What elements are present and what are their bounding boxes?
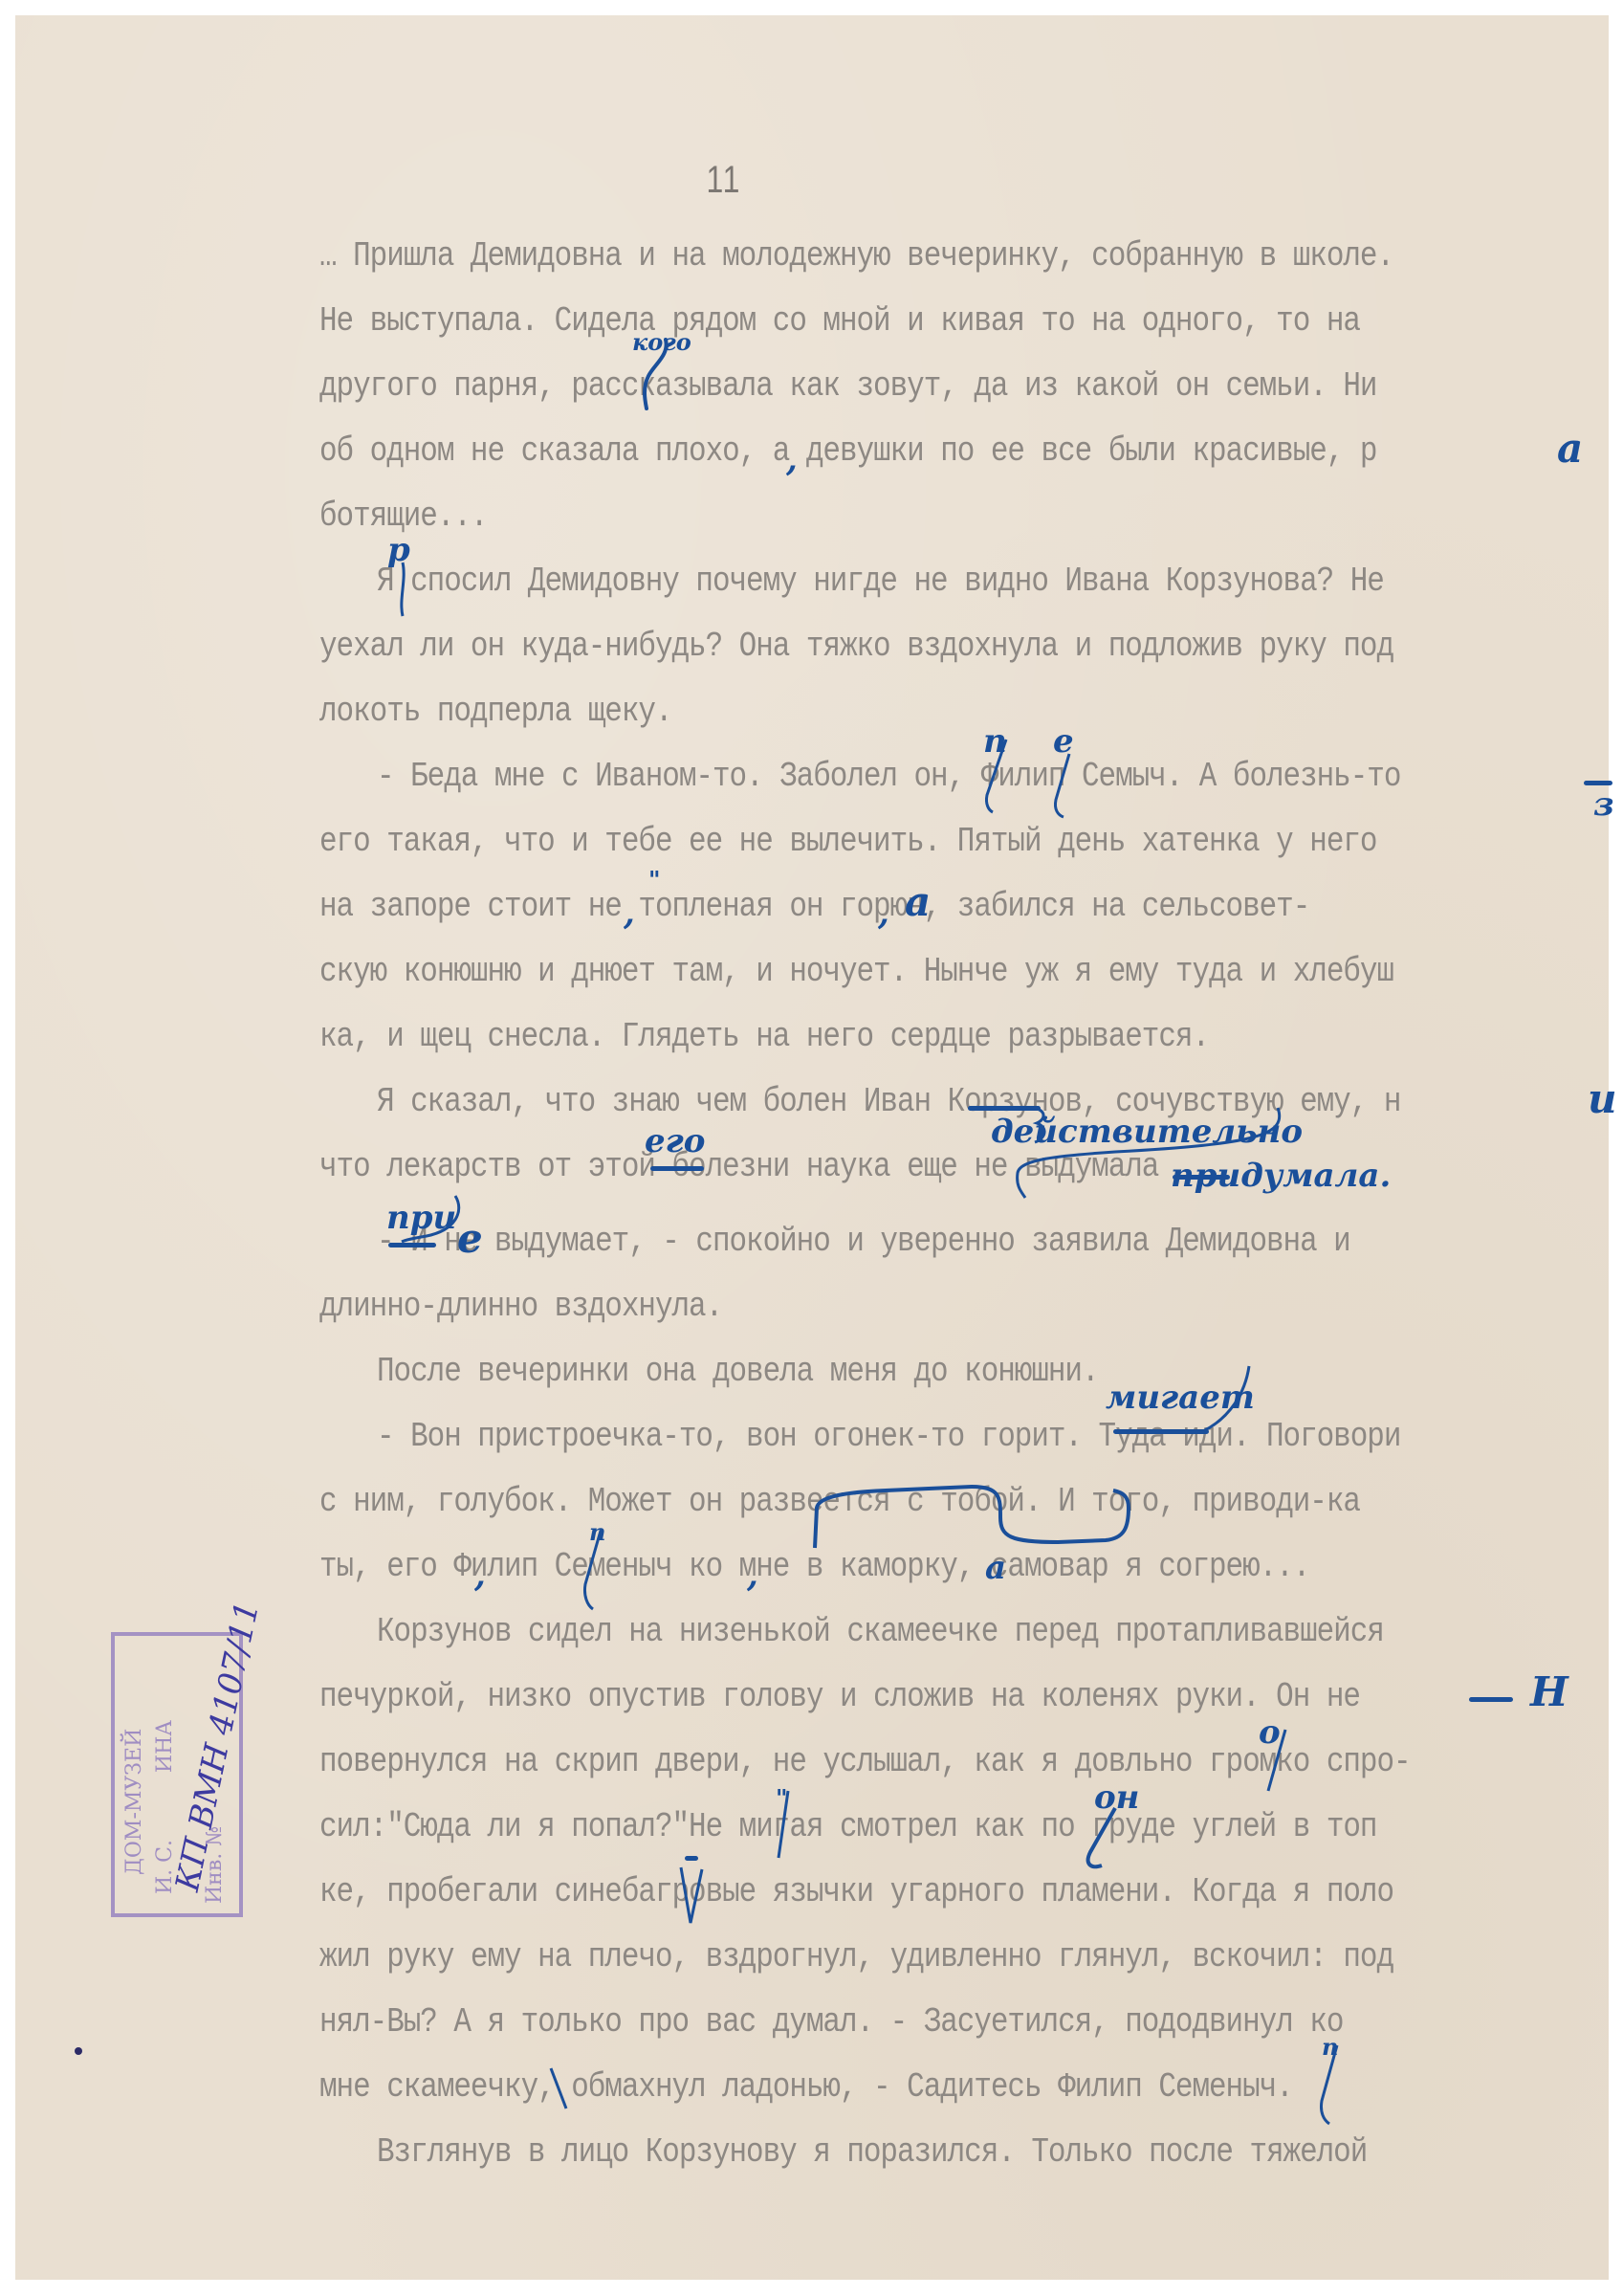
ink-insert-mark <box>1048 752 1077 819</box>
ink-letter-e: е <box>457 1219 483 1259</box>
ink-letter-n: Н <box>1530 1672 1568 1712</box>
typed-line: об одном не сказала плохо, а девушки по … <box>319 432 1376 471</box>
typed-line: печуркой, низко опустив голову и сложив … <box>319 1678 1360 1716</box>
ink-comma: , <box>474 1559 486 1592</box>
ink-insert-mark <box>1077 1804 1125 1881</box>
typed-line: Не выступала. Сидела рядом со мной и кив… <box>319 302 1360 341</box>
manuscript-page: 11 … Пришла Демидовна и на молодежную ве… <box>15 15 1609 2280</box>
ink-comma: , <box>624 897 635 930</box>
typed-line: локоть подперла щеку. <box>319 693 671 731</box>
typed-line: Взглянув в лицо Корзунову я поразился. Т… <box>377 2133 1367 2172</box>
ink-insert-mark <box>981 738 1010 814</box>
typed-line: ке, пробегали синебагровые язычки угарно… <box>319 1873 1393 1911</box>
ink-dot <box>75 2047 82 2055</box>
ink-strike <box>650 1166 704 1171</box>
ink-insert-mark <box>580 1527 608 1613</box>
typed-line: … Пришла Демидовна и на молодежную вечер… <box>319 237 1393 276</box>
ink-letter-a: а <box>985 1552 1006 1584</box>
typed-line: сил:"Сюда ли я попал?"Не мигая смотрел к… <box>319 1808 1376 1846</box>
typed-line: повернулся на скрип двери, не услышал, к… <box>319 1743 1411 1781</box>
ink-insert-mark <box>1262 1728 1291 1795</box>
ink-insert-mark <box>1201 1364 1259 1441</box>
ink-hyphen-mark <box>677 1862 706 1929</box>
ink-insert-mark <box>1316 2042 1345 2128</box>
typed-line: ботящие... <box>319 497 487 536</box>
ink-quote: " <box>648 869 661 892</box>
typed-line: жил руку ему на плечо, вздрогнул, удивле… <box>319 1938 1393 1976</box>
ink-insert-mark <box>635 336 673 412</box>
typed-line: нял-Вы? А я только про вас думал. - Засу… <box>319 2003 1343 2042</box>
ink-transpose-bracket <box>809 1479 1211 1556</box>
ink-strike <box>1173 1175 1230 1180</box>
ink-word-ego: его <box>645 1125 705 1158</box>
typed-line: мне скамеечку, обмахнул ладонью, - Садит… <box>319 2068 1293 2107</box>
ink-strike <box>1469 1697 1513 1702</box>
typed-line: скую конюшню и днюет там, и ночует. Нынч… <box>319 953 1393 991</box>
typed-line: уехал ли он куда-нибудь? Она тяжко вздох… <box>319 628 1393 666</box>
typed-line: другого парня, рассказывала как зовут, д… <box>319 367 1376 406</box>
typed-line: ка, и щец снесла. Глядеть на него сердце… <box>319 1018 1209 1056</box>
ink-insert-mark <box>771 1785 800 1862</box>
stamp-line-1: ДОМ-МУЗЕЙ <box>122 1729 146 1875</box>
ink-letter-a: а <box>1557 429 1583 469</box>
archive-stamp: ДОМ-МУЗЕЙ И. С. ИНА Инв. № КП ВМН 4107/1… <box>111 1632 243 1917</box>
page-number: 11 <box>707 159 741 202</box>
typed-line: Корзунов сидел на низенькой скамеечке пе… <box>377 1613 1384 1651</box>
typed-line: - Беда мне с Иваном-то. Заболел он, Фили… <box>377 758 1400 796</box>
ink-correction-mark <box>545 2061 574 2118</box>
ink-comma: , <box>786 444 798 476</box>
typed-line: После вечеринки она довела меня до конюш… <box>377 1353 1099 1391</box>
typed-line: его такая, что и тебе ее не вылечить. Пя… <box>319 823 1376 861</box>
ink-strike <box>388 1243 436 1247</box>
typed-line: - И не выдумает, - спокойно и уверенно з… <box>377 1223 1350 1261</box>
typed-line: длинно-длинно вздохнула. <box>319 1288 722 1326</box>
ink-letter-i: и <box>1588 1079 1617 1119</box>
typed-line: Я спосил Демидовну почему нигде не видно… <box>377 563 1384 601</box>
ink-comma: , <box>747 1559 758 1592</box>
ink-letter-z: з <box>1593 788 1614 821</box>
ink-strike <box>685 1856 698 1861</box>
ink-strike <box>1113 1429 1209 1434</box>
ink-comma: , <box>878 897 889 930</box>
ink-insert-mark <box>393 561 412 618</box>
typed-line: на запоре стоит не топленая он горюн, за… <box>319 888 1309 926</box>
ink-letter-a: а <box>905 882 931 922</box>
